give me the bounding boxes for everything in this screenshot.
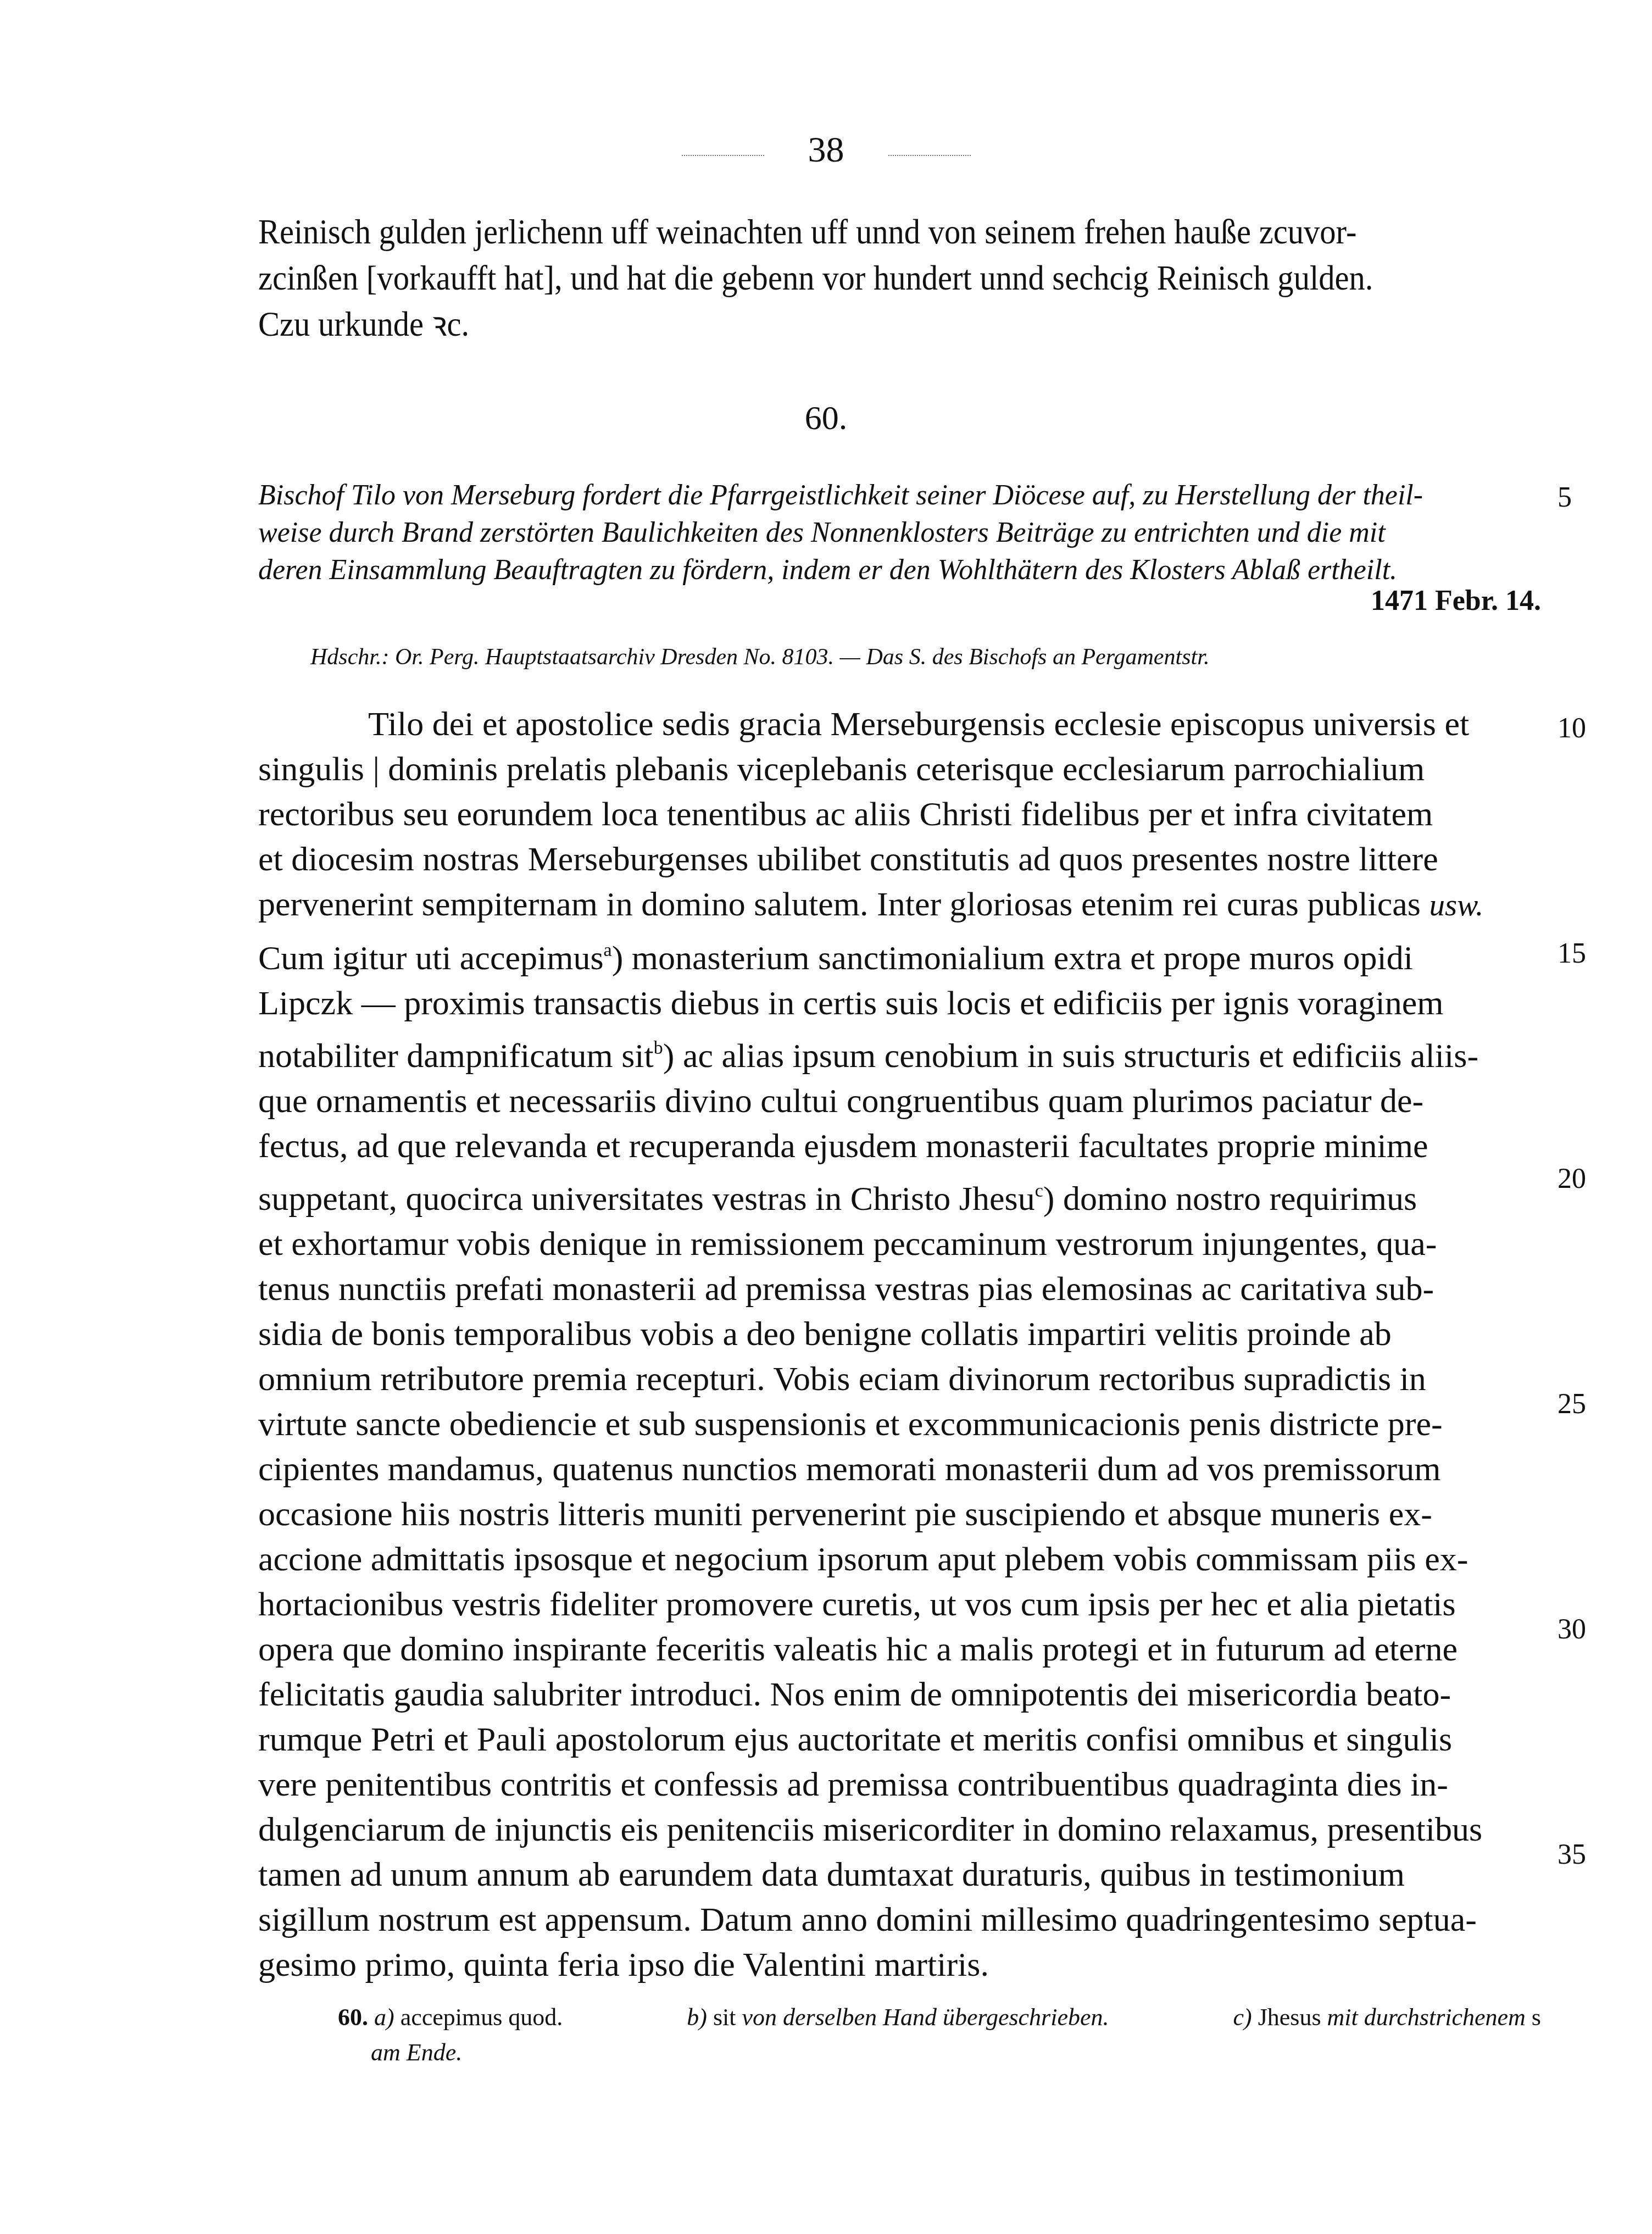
document-number: 60. <box>0 401 1652 435</box>
text-line: Lipczk — proximis transactis diebus in c… <box>258 981 1541 1026</box>
footnote-ref-c: c <box>1035 1181 1043 1201</box>
text-line: singulis | dominis prelatis plebanis vic… <box>258 747 1541 792</box>
document-date: 1471 Febr. 14. <box>1371 587 1541 615</box>
text-line: que ornamentis et necessariis divino cul… <box>258 1079 1541 1124</box>
text-line: Reinisch gulden jerlichenn uff weinachte… <box>258 209 1451 255</box>
text-line: dulgenciarum de injunctis eis penitencii… <box>258 1807 1541 1852</box>
text-line: notabiliter dampnificatum sitb) ac alias… <box>258 1026 1541 1079</box>
text-line: zcinßen [vorkaufft hat], und hat die geb… <box>258 255 1451 301</box>
footnotes: 60. a) accepimus quod. b) sit von dersel… <box>338 2000 1541 2070</box>
text-line: occasione hiis nostris litteris muniti p… <box>258 1492 1541 1537</box>
text-line: sigillum nostrum est appensum. Datum ann… <box>258 1897 1541 1942</box>
footnote-c: mit durchstrichenem <box>1327 2004 1526 2031</box>
text-line: rumque Petri et Pauli apostolorum ejus a… <box>258 1717 1541 1762</box>
text-line: tamen ad unum annum ab earundem data dum… <box>258 1852 1541 1897</box>
text-line: vere penitentibus contritis et confessis… <box>258 1762 1541 1807</box>
text-line: opera que domino inspirante feceritis va… <box>258 1627 1541 1672</box>
text-line: sidia de bonis temporalibus vobis a deo … <box>258 1311 1541 1357</box>
text-line: virtute sancte obediencie et sub suspens… <box>258 1402 1541 1447</box>
text-line: gesimo primo, quinta feria ipso die Vale… <box>258 1942 1541 1987</box>
text-line: tenus nunctiis prefati monasterii ad pre… <box>258 1266 1541 1311</box>
footnote-b: von derselben Hand übergeschrieben. <box>742 2004 1109 2031</box>
previous-document-text: Reinisch gulden jerlichenn uff weinachte… <box>258 209 1451 347</box>
margin-line-number: 10 <box>1558 714 1586 743</box>
footnote-ref-a: a <box>604 940 612 960</box>
document-page: 38 Reinisch gulden jerlichenn uff weinac… <box>0 0 1652 2234</box>
text-line: omnium retributore premia recepturi. Vob… <box>258 1357 1541 1402</box>
header-rule-left <box>682 155 764 156</box>
footnote-a: accepimus quod. <box>401 2004 563 2031</box>
regest: Bischof Tilo von Merseburg fordert die P… <box>258 477 1541 589</box>
margin-line-number: 25 <box>1558 1390 1586 1419</box>
footnote-doc-number: 60. <box>338 2004 368 2031</box>
text-line: hortacionibus vestris fideliter promover… <box>258 1582 1541 1627</box>
text-line: pervenerint sempiternam in domino salute… <box>258 882 1541 928</box>
regest-line: deren Einsammlung Beauftragten zu förder… <box>258 552 1541 589</box>
footnote-line: am Ende. <box>338 2035 1541 2070</box>
text-line: cipientes mandamus, quatenus nunctios me… <box>258 1447 1541 1492</box>
header-rule-right <box>888 155 971 156</box>
source-note: Hdschr.: Or. Perg. Hauptstaatsarchiv Dre… <box>310 646 1209 669</box>
page-number: 38 <box>808 132 844 168</box>
footnote-line: 60. a) accepimus quod. b) sit von dersel… <box>338 2000 1541 2035</box>
text-line: Czu urkunde ꝛc. <box>258 301 1451 347</box>
text-line: Tilo dei et apostolice sedis gracia Mers… <box>258 702 1541 747</box>
text-line: et exhortamur vobis denique in remission… <box>258 1221 1541 1266</box>
margin-line-number: 5 <box>1558 484 1572 512</box>
text-line: et diocesim nostras Merseburgenses ubili… <box>258 837 1541 882</box>
document-body: Tilo dei et apostolice sedis gracia Mers… <box>258 702 1541 1987</box>
text-line: rectoribus seu eorundem loca tenentibus … <box>258 792 1541 837</box>
margin-line-number: 30 <box>1558 1615 1586 1644</box>
running-head: 38 <box>0 132 1652 168</box>
margin-line-number: 15 <box>1558 940 1586 968</box>
text-line: accione admittatis ipsosque et negocium … <box>258 1537 1541 1582</box>
text-line: Cum igitur uti accepimusa) monasterium s… <box>258 928 1541 981</box>
margin-line-number: 35 <box>1558 1841 1586 1869</box>
margin-line-number: 20 <box>1558 1165 1586 1193</box>
footnote-ref-b: b <box>654 1038 663 1058</box>
text-line: felicitatis gaudia salubriter introduci.… <box>258 1672 1541 1717</box>
text-line: suppetant, quocirca universitates vestra… <box>258 1169 1541 1221</box>
regest-line: Bischof Tilo von Merseburg fordert die P… <box>258 477 1541 514</box>
regest-line: weise durch Brand zerstörten Baulichkeit… <box>258 514 1541 552</box>
text-line: fectus, ad que relevanda et recuperanda … <box>258 1124 1541 1169</box>
